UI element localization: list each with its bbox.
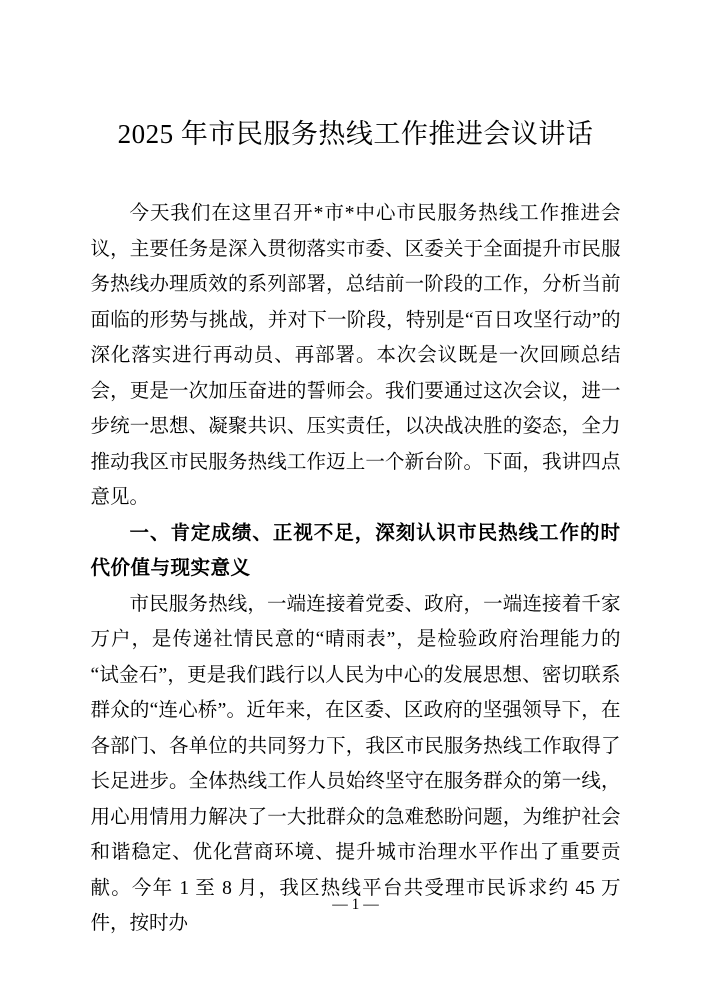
section-heading-1: 一、肯定成绩、正视不足，深刻认识市民热线工作的时代价值与现实意义 [91,516,621,587]
document-body: 今天我们在这里召开*市*中心市民服务热线工作推进会议，主要任务是深入贯彻落实市委… [91,154,621,942]
paragraph-intro: 今天我们在这里召开*市*中心市民服务热线工作推进会议，主要任务是深入贯彻落实市委… [91,196,621,516]
page-footer: — 1 — [0,896,711,914]
document-title: 2025 年市民服务热线工作推进会议讲话 [0,0,711,154]
page-number: — 1 — [332,896,379,913]
paragraph-section-1: 市民服务热线，一端连接着党委、政府，一端连接着千家万户，是传递社情民意的“晴雨表… [91,587,621,942]
document-page: 2025 年市民服务热线工作推进会议讲话 今天我们在这里召开*市*中心市民服务热… [0,0,711,1006]
